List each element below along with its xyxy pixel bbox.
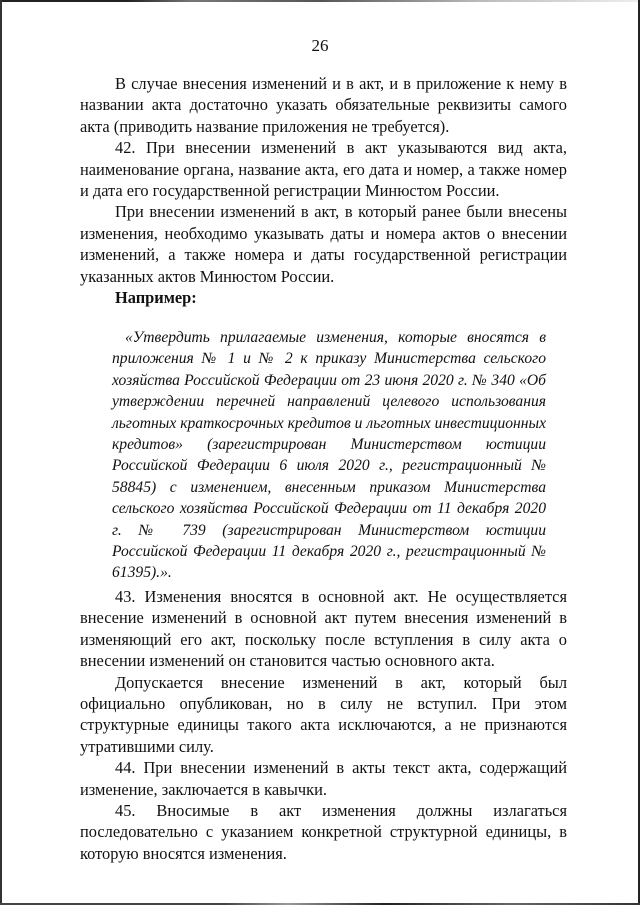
scan-border-left bbox=[0, 0, 2, 905]
example-quote-text: «Утвердить прилагаемые изменения, которы… bbox=[112, 327, 546, 584]
paragraph-42: 42. При внесении изменений в акт указыва… bbox=[80, 137, 567, 201]
paragraph-change-act-and-appendix: В случае внесения изменений и в акт, и в… bbox=[80, 73, 567, 137]
page-number: 26 bbox=[0, 36, 640, 56]
scan-border-top bbox=[0, 0, 640, 2]
paragraph-previous-changes: При внесении изменений в акт, в который … bbox=[80, 201, 567, 287]
paragraph-44: 44. При внесении изменений в акты текст … bbox=[80, 757, 567, 800]
paragraph-not-in-force: Допускается внесение изменений в акт, ко… bbox=[80, 672, 567, 758]
paragraph-45: 45. Вносимые в акт изменения должны изла… bbox=[80, 800, 567, 864]
body-text-top: В случае внесения изменений и в акт, и в… bbox=[80, 73, 567, 287]
paragraph-43: 43. Изменения вносятся в основной акт. Н… bbox=[80, 586, 567, 672]
example-label: Например: bbox=[115, 288, 197, 308]
body-text-bottom: 43. Изменения вносятся в основной акт. Н… bbox=[80, 586, 567, 864]
example-quote-block: «Утвердить прилагаемые изменения, которы… bbox=[112, 327, 546, 584]
